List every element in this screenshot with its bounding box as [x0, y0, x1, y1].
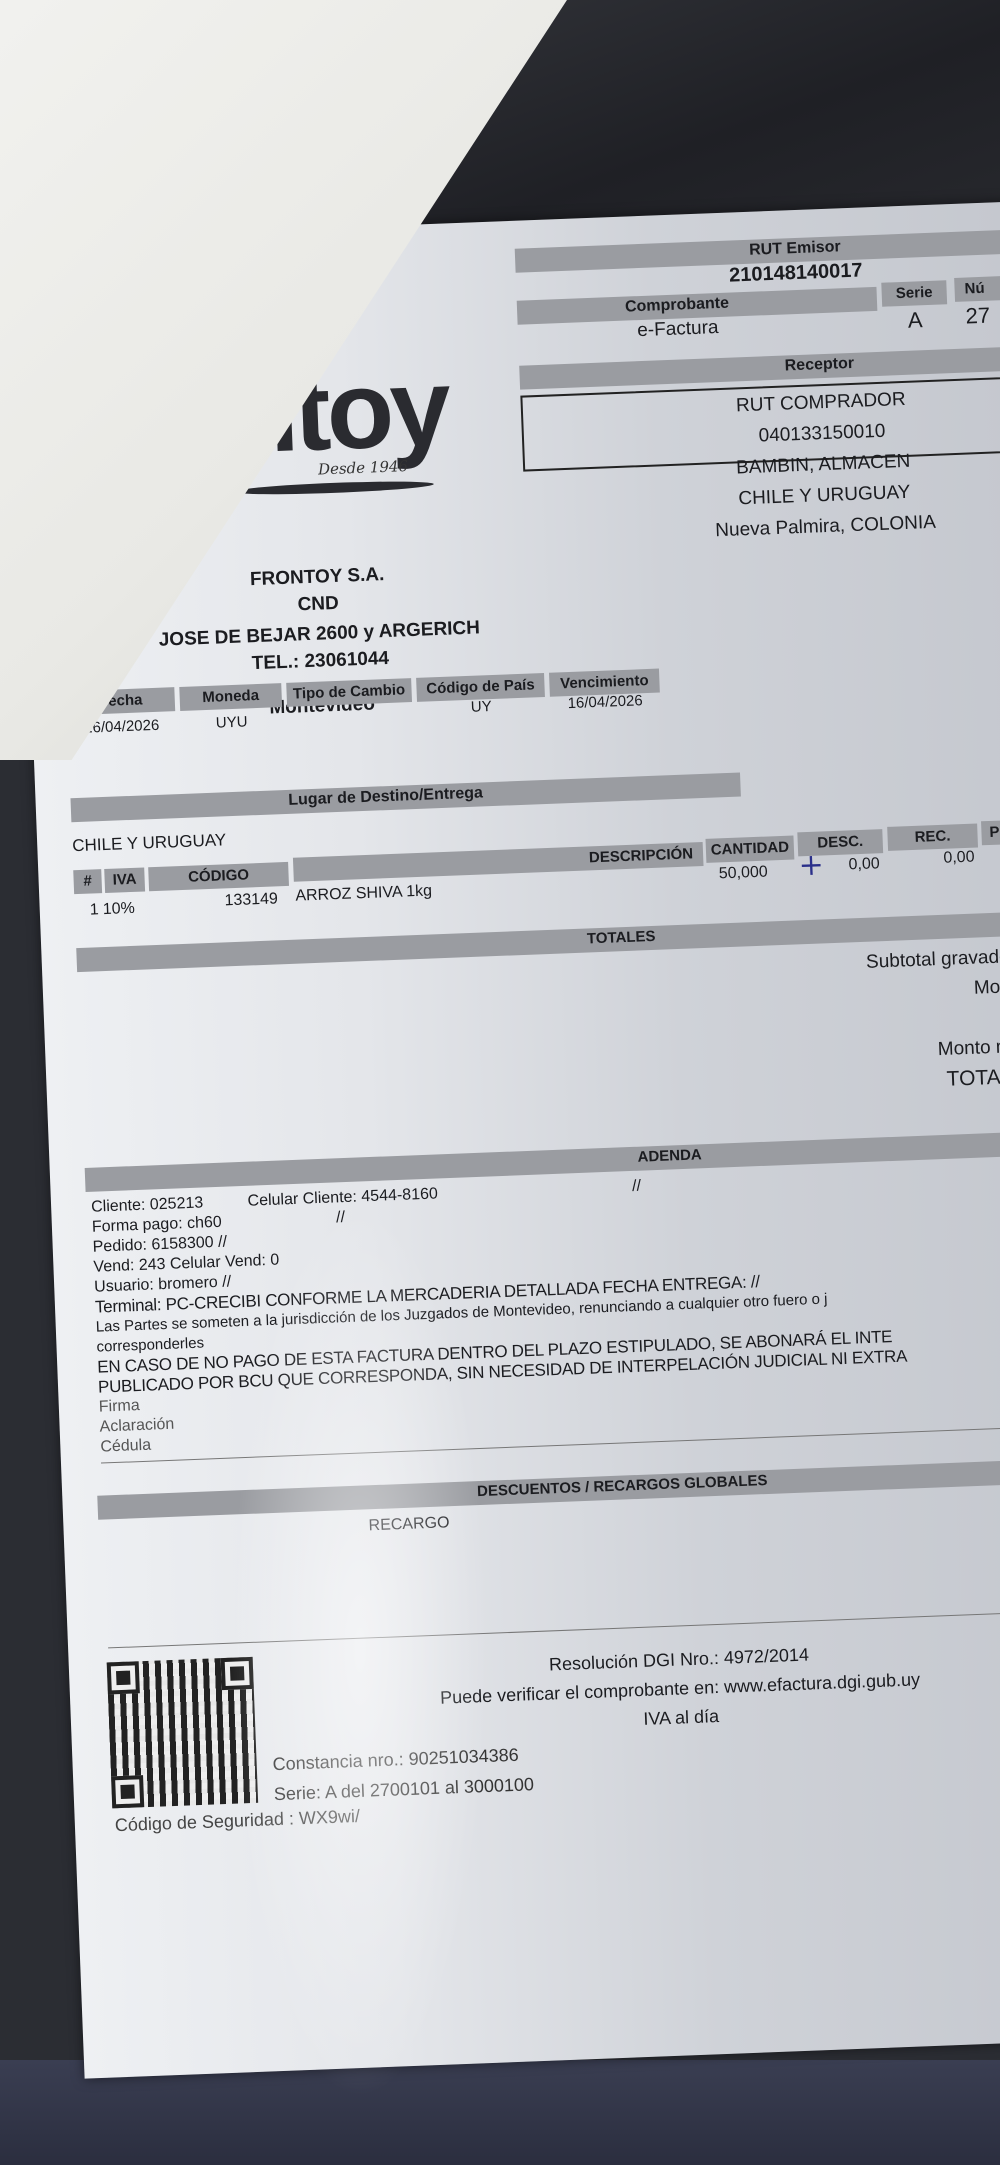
- adenda-slash: //: [632, 1178, 642, 1195]
- serie-header: Serie: [881, 280, 947, 306]
- col-codigo-header: CÓDIGO: [148, 862, 289, 891]
- item-codigo: 133149: [224, 890, 278, 910]
- numero-value: 27: [965, 303, 990, 330]
- codigo-seguridad: Código de Seguridad : WX9wi/: [115, 1806, 361, 1836]
- moneda-header: Moneda: [179, 683, 282, 711]
- logo-tagline: Desde 1946: [318, 457, 409, 478]
- adenda-forma-pago: Forma pago: ch60: [92, 1214, 222, 1236]
- col-iva-header: IVA: [104, 867, 145, 893]
- recargo-label: RECARGO: [368, 1514, 450, 1535]
- col-precio-header: PREC: [981, 817, 1000, 846]
- qr-finder-tr: [221, 1657, 254, 1690]
- destino-value: CHILE Y URUGUAY: [72, 830, 227, 856]
- serie-value: A: [882, 306, 948, 334]
- handwritten-mark: +: [798, 847, 824, 883]
- item-descripcion: ARROZ SHIVA 1kg: [295, 882, 432, 905]
- qr-code: [107, 1657, 258, 1808]
- item-cantidad: 50,000: [719, 864, 769, 884]
- adenda-slash: //: [336, 1209, 346, 1226]
- adenda-cliente: Cliente: 025213: [91, 1194, 204, 1215]
- vencimiento-value: 16/04/2026: [550, 692, 661, 713]
- logo-swoosh: [234, 479, 434, 497]
- item-rec: 0,00: [943, 849, 975, 868]
- item-num: 1: [89, 901, 99, 919]
- qr-finder-bl: [111, 1775, 144, 1808]
- qr-finder-tl: [107, 1661, 140, 1694]
- col-rec-header: REC.: [887, 823, 978, 850]
- numero-header: Nú: [954, 273, 1000, 302]
- item-desc: 0,00: [848, 855, 880, 874]
- col-num-header: #: [73, 869, 102, 894]
- moneda-value: UYU: [180, 712, 283, 733]
- tipo-cambio-header: Tipo de Cambio: [286, 678, 412, 707]
- col-descripcion-header: DESCRIPCIÓN: [293, 842, 704, 882]
- codigo-pais-value: UY: [417, 696, 546, 718]
- col-cantidad-header: CANTIDAD: [706, 836, 795, 863]
- item-iva: 10%: [102, 900, 135, 919]
